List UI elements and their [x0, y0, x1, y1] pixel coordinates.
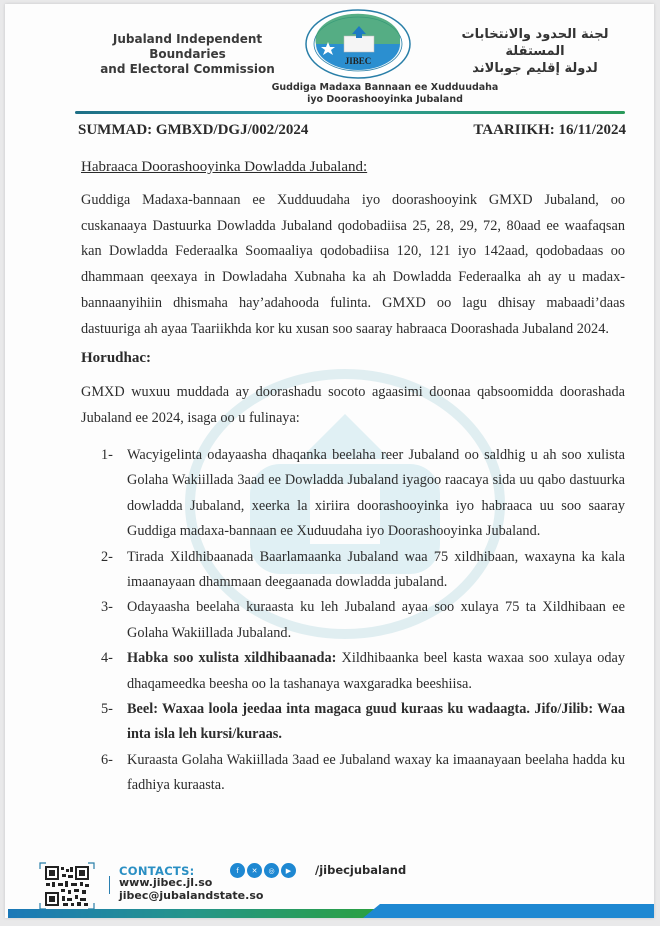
- jibec-logo-icon: JIBEC: [302, 6, 414, 82]
- list-item-text: Tirada Xildhibaanada Baarlamaanka Jubala…: [127, 545, 625, 596]
- instagram-icon[interactable]: ◎: [264, 863, 279, 878]
- header-divider: [75, 111, 625, 114]
- intro-paragraph: Guddiga Madaxa-bannaan ee Xudduudaha iyo…: [81, 188, 625, 342]
- org-name-arabic-line1: لجنة الحدود والانتخابات المستقلة: [435, 26, 635, 60]
- x-twitter-icon[interactable]: ✕: [247, 863, 262, 878]
- procedure-list: 1- Wacyigelinta odayaasha dhaqanka beela…: [101, 443, 625, 799]
- list-item: 6- Kuraasta Golaha Wakiillada 3aad ee Ju…: [101, 748, 625, 799]
- list-item: 1- Wacyigelinta odayaasha dhaqanka beela…: [101, 443, 625, 545]
- social-handle[interactable]: /jibecjubaland: [315, 863, 406, 877]
- facebook-icon[interactable]: f: [230, 863, 245, 878]
- list-item: 5- Beel: Waxaa loola jeedaa inta magaca …: [101, 697, 625, 748]
- email-link[interactable]: jibec@jubalandstate.so: [119, 889, 263, 902]
- list-item: 2- Tirada Xildhibaanada Baarlamaanka Jub…: [101, 545, 625, 596]
- youtube-icon[interactable]: ▶: [281, 863, 296, 878]
- org-name-english: Jubaland Independent Boundaries and Elec…: [75, 32, 300, 77]
- list-item-text: Odayaasha beelaha kuraasta ku leh Jubala…: [127, 595, 625, 646]
- document-page: Jubaland Independent Boundaries and Elec…: [5, 4, 654, 918]
- list-item-number: 4-: [101, 646, 127, 697]
- list-item-text: Beel: Waxaa loola jeedaa inta magaca guu…: [127, 697, 625, 748]
- reference-number: SUMMAD: GMBXD/DGJ/002/2024: [78, 122, 308, 139]
- org-name-english-line2: and Electoral Commission: [75, 62, 300, 77]
- org-name-arabic: لجنة الحدود والانتخابات المستقلة لدولة إ…: [435, 26, 635, 77]
- footer-color-bar: [8, 904, 654, 918]
- svg-text:JIBEC: JIBEC: [345, 56, 372, 66]
- org-name-english-line1: Jubaland Independent Boundaries: [75, 32, 300, 62]
- list-item: 3- Odayaasha beelaha kuraasta ku leh Jub…: [101, 595, 625, 646]
- website-link[interactable]: www.jibec.jl.so: [119, 876, 212, 889]
- list-item-text: Habka soo xulista xildhibaanada: Xildhib…: [127, 646, 625, 697]
- list-item-text: Kuraasta Golaha Wakiillada 3aad ee Jubal…: [127, 748, 625, 799]
- org-name-somali: Guddiga Madaxa Bannaan ee Xudduudaha iyo…: [255, 82, 515, 106]
- org-name-arabic-line2: لدولة إقليم جوبالاند: [435, 60, 635, 77]
- org-name-somali-line1: Guddiga Madaxa Bannaan ee Xudduudaha: [255, 82, 515, 94]
- list-item-number: 6-: [101, 748, 127, 799]
- list-item-text: Wacyigelinta odayaasha dhaqanka beelaha …: [127, 443, 625, 545]
- list-item-number: 3-: [101, 595, 127, 646]
- list-item-number: 5-: [101, 697, 127, 748]
- document-date: TAARIIKH: 16/11/2024: [473, 122, 626, 139]
- list-item-number: 1-: [101, 443, 127, 545]
- list-item: 4- Habka soo xulista xildhibaanada: Xild…: [101, 646, 625, 697]
- list-item-number: 2-: [101, 545, 127, 596]
- social-icons: f ✕ ◎ ▶: [230, 863, 296, 878]
- section-title: Habraaca Doorashooyinka Dowladda Jubalan…: [81, 159, 367, 176]
- horudhac-paragraph: GMXD wuxuu muddada ay doorashadu socoto …: [81, 380, 625, 431]
- reference-row: SUMMAD: GMBXD/DGJ/002/2024 TAARIIKH: 16/…: [78, 122, 626, 139]
- horudhac-heading: Horudhac:: [81, 350, 151, 367]
- footer-separator: [109, 876, 110, 894]
- org-name-somali-line2: iyo Doorashooyinka Jubaland: [255, 94, 515, 106]
